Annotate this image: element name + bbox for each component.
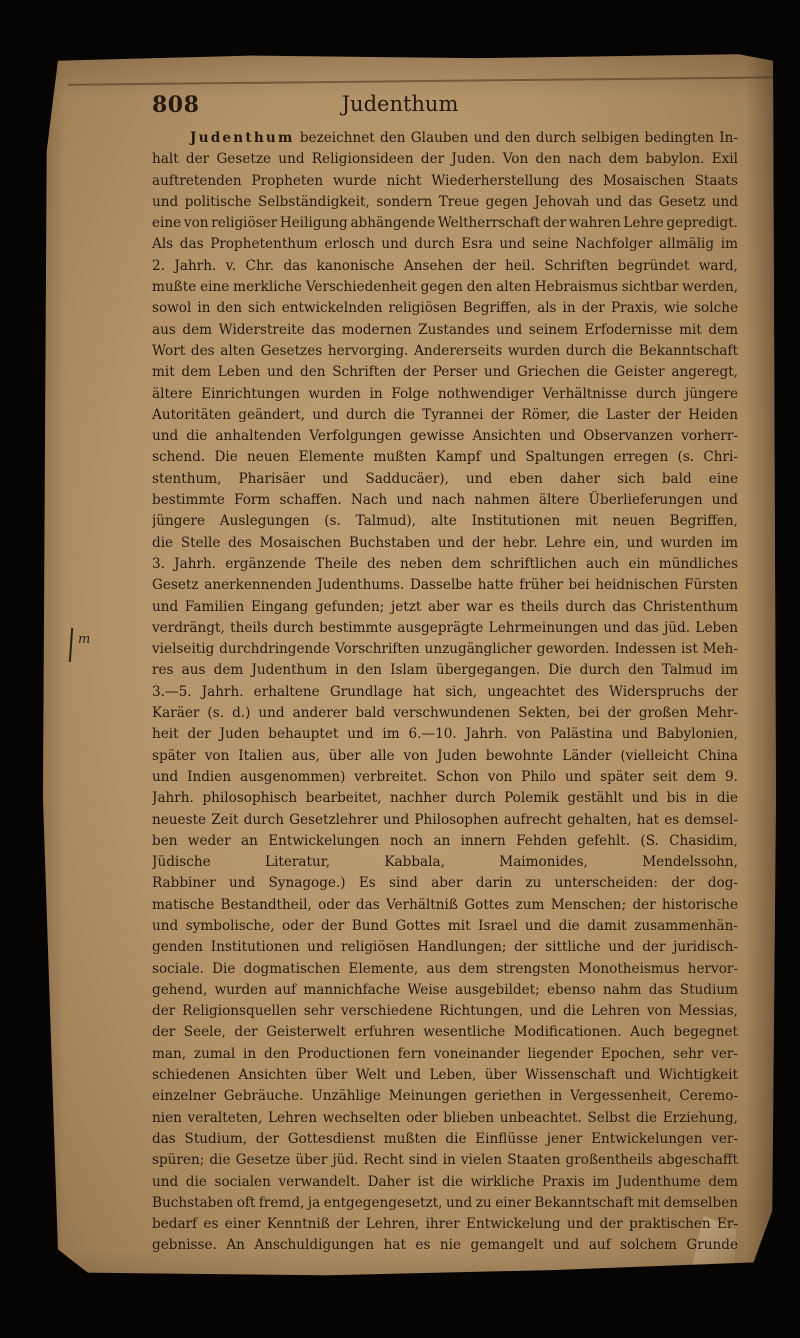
text-line: und politische Selbständigkeit, sondern … (152, 192, 738, 213)
line-text: und die socialen verwandelt. Daher ist d… (152, 1174, 738, 1190)
text-line: später von Italien aus, über alle von Ju… (152, 746, 738, 767)
line-text: sociale. Die dogmatischen Elemente, aus … (152, 961, 738, 977)
line-text: einzelner Gebräuche. Unzählige Meinungen… (152, 1088, 738, 1104)
line-text: bestimmte Form schaffen. Nach und nach n… (152, 492, 738, 508)
page-fold-line (68, 76, 788, 86)
line-text: Karäer (s. d.) und anderer bald verschwu… (152, 705, 738, 721)
text-line: und Indien ausgenommen) verbreitet. Scho… (152, 767, 738, 788)
line-text: Jahrh. philosophisch bearbeitet, nachher… (152, 790, 738, 806)
text-line: mußte eine merkliche Verschiedenheit geg… (152, 277, 738, 298)
line-text: ben weder an Entwickelungen noch an inne… (152, 833, 738, 849)
line-text: vielseitig durchdringende Vorschriften u… (152, 641, 738, 657)
text-line: einzelner Gebräuche. Unzählige Meinungen… (152, 1086, 738, 1107)
text-line: Jüdische Literatur, Kabbala, Maimonides,… (152, 852, 738, 873)
text-line: und die socialen verwandelt. Daher ist d… (152, 1172, 738, 1193)
line-text: 2. Jahrh. v. Chr. das kanonische Ansehen… (152, 258, 738, 274)
text-line: Wort des alten Gesetzes hervorging. Ande… (152, 341, 738, 362)
line-text: neueste Zeit durch Gesetzlehrer und Phil… (152, 812, 738, 828)
text-line: nien veralteten, Lehren wechselten oder … (152, 1108, 738, 1129)
text-line: schend. Die neuen Elemente mußten Kampf … (152, 447, 738, 468)
line-text: nien veralteten, Lehren wechselten oder … (152, 1110, 738, 1126)
line-text: das Studium, der Gottesdienst mußten die… (152, 1131, 738, 1147)
margin-annotation-stroke (69, 628, 73, 662)
line-text: Jüdische Literatur, Kabbala, Maimonides,… (152, 854, 738, 870)
line-text: man, zumal in den Productionen fern vone… (152, 1046, 738, 1062)
text-line: bestimmte Form schaffen. Nach und nach n… (152, 490, 738, 511)
line-text: gehend, wurden auf mannichfache Weise au… (152, 982, 738, 998)
text-line: der Seele, der Geisterwelt erfuhren wese… (152, 1022, 738, 1043)
line-text: halt der Gesetze und Religionsideen der … (152, 151, 738, 167)
line-text: spüren; die Gesetze über jüd. Recht sind… (152, 1152, 738, 1168)
text-line: stenthum, Pharisäer und Sadducäer), und … (152, 469, 738, 490)
line-text: eine von religiöser Heiligung abhängende… (152, 215, 738, 231)
line-text: heit der Juden behauptet und im 6.—10. J… (152, 726, 738, 742)
line-text: die Stelle des Mosaischen Buchstaben und… (152, 535, 738, 551)
text-line: aus dem Widerstreite das modernen Zustan… (152, 320, 738, 341)
text-line: Gesetz anerkennenden Judenthums. Dasselb… (152, 575, 738, 596)
line-text: sowol in den sich entwickelnden religiös… (152, 300, 738, 316)
line-text: gebnisse. An Anschuldigungen hat es nie … (152, 1237, 738, 1253)
text-line: neueste Zeit durch Gesetzlehrer und Phil… (152, 810, 738, 831)
text-line: matische Bestandtheil, oder das Verhältn… (152, 895, 738, 916)
text-line: sociale. Die dogmatischen Elemente, aus … (152, 959, 738, 980)
text-line: ältere Einrichtungen wurden in Folge not… (152, 384, 738, 405)
line-text: Gesetz anerkennenden Judenthums. Dasselb… (152, 577, 738, 593)
line-text: auftretenden Propheten wurde nicht Wiede… (152, 173, 738, 189)
article-body: Judenthum bezeichnet den Glauben und den… (152, 128, 738, 1257)
line-text: und politische Selbständigkeit, sondern … (152, 194, 738, 210)
line-text: Buchstaben oft fremd, ja entgegengesetzt… (152, 1195, 738, 1211)
text-line: Als das Prophetenthum erlosch und durch … (152, 234, 738, 255)
margin-annotation: m (70, 628, 110, 668)
line-text: verdrängt, theils durch bestimmte ausgep… (152, 620, 738, 636)
text-line: eine von religiöser Heiligung abhängende… (152, 213, 738, 234)
text-line: verdrängt, theils durch bestimmte ausgep… (152, 618, 738, 639)
line-text: matische Bestandtheil, oder das Verhältn… (152, 897, 738, 913)
line-text: ältere Einrichtungen wurden in Folge not… (152, 386, 738, 402)
line-text: 3. Jahrh. ergänzende Theile des neben de… (152, 556, 738, 572)
line-text: Wort des alten Gesetzes hervorging. Ande… (152, 343, 738, 359)
line-text: Autoritäten geändert, und durch die Tyra… (152, 407, 738, 423)
text-line: schiedenen Ansichten über Welt und Leben… (152, 1065, 738, 1086)
line-text: und Familien Eingang gefunden; jetzt abe… (152, 599, 738, 615)
line-text: und die anhaltenden Verfolgungen gewisse… (152, 428, 738, 444)
line-text: 3.—5. Jahrh. erhaltene Grundlage hat sic… (152, 684, 738, 700)
line-text: aus dem Widerstreite das modernen Zustan… (152, 322, 738, 338)
text-line: gebnisse. An Anschuldigungen hat es nie … (152, 1235, 738, 1256)
line-text: später von Italien aus, über alle von Ju… (152, 748, 738, 764)
text-line: gehend, wurden auf mannichfache Weise au… (152, 980, 738, 1001)
text-line: 2. Jahrh. v. Chr. das kanonische Ansehen… (152, 256, 738, 277)
text-line: und die anhaltenden Verfolgungen gewisse… (152, 426, 738, 447)
text-line: genden Institutionen und religiösen Hand… (152, 937, 738, 958)
text-line: Autoritäten geändert, und durch die Tyra… (152, 405, 738, 426)
text-line: sowol in den sich entwickelnden religiös… (152, 298, 738, 319)
line-text: Rabbiner und Synagoge.) Es sind aber dar… (152, 875, 738, 891)
line-text: mußte eine merkliche Verschiedenheit geg… (152, 279, 738, 295)
text-line: Karäer (s. d.) und anderer bald verschwu… (152, 703, 738, 724)
text-line: ben weder an Entwickelungen noch an inne… (152, 831, 738, 852)
line-text: jüngere Auslegungen (s. Talmud), alte In… (152, 513, 738, 529)
text-line: spüren; die Gesetze über jüd. Recht sind… (152, 1150, 738, 1171)
text-line: und Familien Eingang gefunden; jetzt abe… (152, 597, 738, 618)
line-text: bedarf es einer Kenntniß der Lehren, ihr… (152, 1216, 738, 1232)
line-text: der Religionsquellen sehr verschiedene R… (152, 1003, 738, 1019)
line-text: schiedenen Ansichten über Welt und Leben… (152, 1067, 738, 1083)
text-line: vielseitig durchdringende Vorschriften u… (152, 639, 738, 660)
text-line: Rabbiner und Synagoge.) Es sind aber dar… (152, 873, 738, 894)
text-line: res aus dem Judenthum in den Islam überg… (152, 660, 738, 681)
text-line: man, zumal in den Productionen fern vone… (152, 1044, 738, 1065)
line-text: mit dem Leben und den Schriften der Pers… (152, 364, 738, 380)
text-line: auftretenden Propheten wurde nicht Wiede… (152, 171, 738, 192)
margin-annotation-mark: m (78, 632, 90, 647)
line-text: genden Institutionen und religiösen Hand… (152, 939, 738, 955)
line-text: bezeichnet den Glauben und den durch sel… (295, 130, 738, 146)
text-line: Judenthum bezeichnet den Glauben und den… (152, 128, 738, 149)
running-head: Judenthum (0, 92, 800, 116)
line-text: und Indien ausgenommen) verbreitet. Scho… (152, 769, 738, 785)
line-text: der Seele, der Geisterwelt erfuhren wese… (152, 1024, 738, 1040)
text-line: die Stelle des Mosaischen Buchstaben und… (152, 533, 738, 554)
line-text: res aus dem Judenthum in den Islam überg… (152, 662, 738, 678)
text-line: halt der Gesetze und Religionsideen der … (152, 149, 738, 170)
text-line: und symbolische, oder der Bund Gottes mi… (152, 916, 738, 937)
line-text: Als das Prophetenthum erlosch und durch … (152, 236, 738, 252)
article-headword: Judenthum (190, 130, 295, 146)
text-line: 3.—5. Jahrh. erhaltene Grundlage hat sic… (152, 682, 738, 703)
text-line: jüngere Auslegungen (s. Talmud), alte In… (152, 511, 738, 532)
text-line: mit dem Leben und den Schriften der Pers… (152, 362, 738, 383)
text-line: 3. Jahrh. ergänzende Theile des neben de… (152, 554, 738, 575)
line-text: stenthum, Pharisäer und Sadducäer), und … (152, 471, 738, 487)
text-line: Buchstaben oft fremd, ja entgegengesetzt… (152, 1193, 738, 1214)
text-line: Jahrh. philosophisch bearbeitet, nachher… (152, 788, 738, 809)
text-line: heit der Juden behauptet und im 6.—10. J… (152, 724, 738, 745)
text-line: der Religionsquellen sehr verschiedene R… (152, 1001, 738, 1022)
line-text: schend. Die neuen Elemente mußten Kampf … (152, 449, 738, 465)
line-text: und symbolische, oder der Bund Gottes mi… (152, 918, 738, 934)
text-line: bedarf es einer Kenntniß der Lehren, ihr… (152, 1214, 738, 1235)
text-line: das Studium, der Gottesdienst mußten die… (152, 1129, 738, 1150)
